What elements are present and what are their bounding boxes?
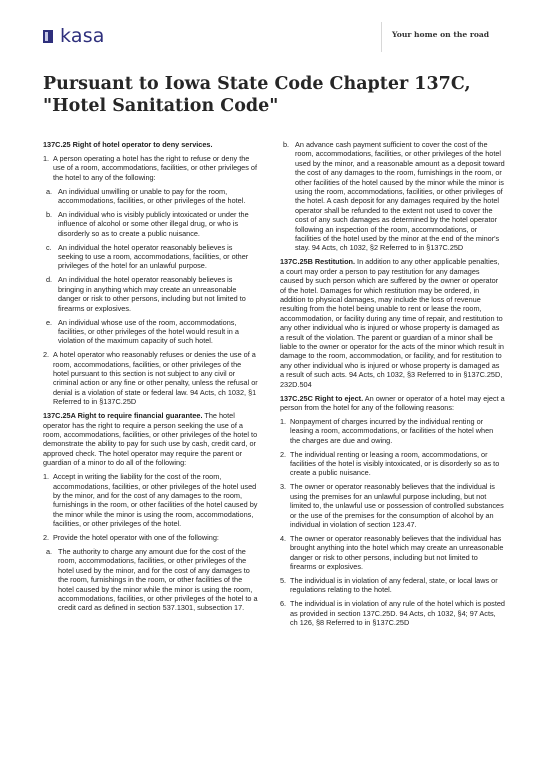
section-137c25c: 137C.25C Right to eject. An owner or ope… [280, 394, 505, 413]
list-item: a. The authority to charge any amount du… [43, 547, 258, 613]
title-line-1: Pursuant to Iowa State Code Chapter 137C… [43, 74, 471, 94]
section-137c25a: 137C.25A Right to require financial guar… [43, 411, 258, 467]
list-item: e. An individual whose use of the room, … [43, 318, 258, 346]
page-title: Pursuant to Iowa State Code Chapter 137C… [43, 73, 503, 117]
section-137c25b-heading: 137C.25B Restitution. [280, 257, 355, 266]
list-item: b. An individual who is visibly publicly… [43, 210, 258, 238]
list-item: a. An individual unwilling or unable to … [43, 187, 258, 206]
logo-text: kasa [60, 27, 105, 46]
list-item: 4. The owner or operator reasonably beli… [280, 534, 505, 572]
list-item: c. An individual the hotel operator reas… [43, 243, 258, 271]
list-item: 1. A person operating a hotel has the ri… [43, 154, 258, 182]
list-item: 6. The individual is in violation of any… [280, 599, 505, 627]
section-137c25c-heading: 137C.25C Right to eject. [280, 394, 363, 403]
list-item: 3. The owner or operator reasonably beli… [280, 482, 505, 529]
section-137c25a-heading: 137C.25A Right to require financial guar… [43, 411, 203, 420]
section-137c25b: 137C.25B Restitution. In addition to any… [280, 257, 505, 389]
tagline: Your home on the road [392, 30, 489, 39]
page-header: kasa Your home on the road [0, 0, 541, 60]
list-item: 1. Accept in writing the liability for t… [43, 472, 258, 528]
header-divider [381, 22, 382, 52]
right-column: b. An advance cash payment sufficient to… [280, 140, 505, 632]
left-column: 137C.25 Right of hotel operator to deny … [43, 140, 258, 617]
title-line-2: "Hotel Sanitation Code" [43, 96, 278, 116]
list-item: b. An advance cash payment sufficient to… [280, 140, 505, 253]
section-137c25-heading: 137C.25 Right of hotel operator to deny … [43, 140, 258, 149]
list-item: 2. The individual renting or leasing a r… [280, 450, 505, 478]
kasa-logo: kasa [43, 27, 105, 46]
list-item: 2. Provide the hotel operator with one o… [43, 533, 258, 542]
list-item: 5. The individual is in violation of any… [280, 576, 505, 595]
list-item: 1. Nonpayment of charges incurred by the… [280, 417, 505, 445]
kasa-logo-icon [43, 30, 53, 43]
list-item: 2. A hotel operator who reasonably refus… [43, 350, 258, 406]
list-item: d. An individual the hotel operator reas… [43, 275, 258, 313]
